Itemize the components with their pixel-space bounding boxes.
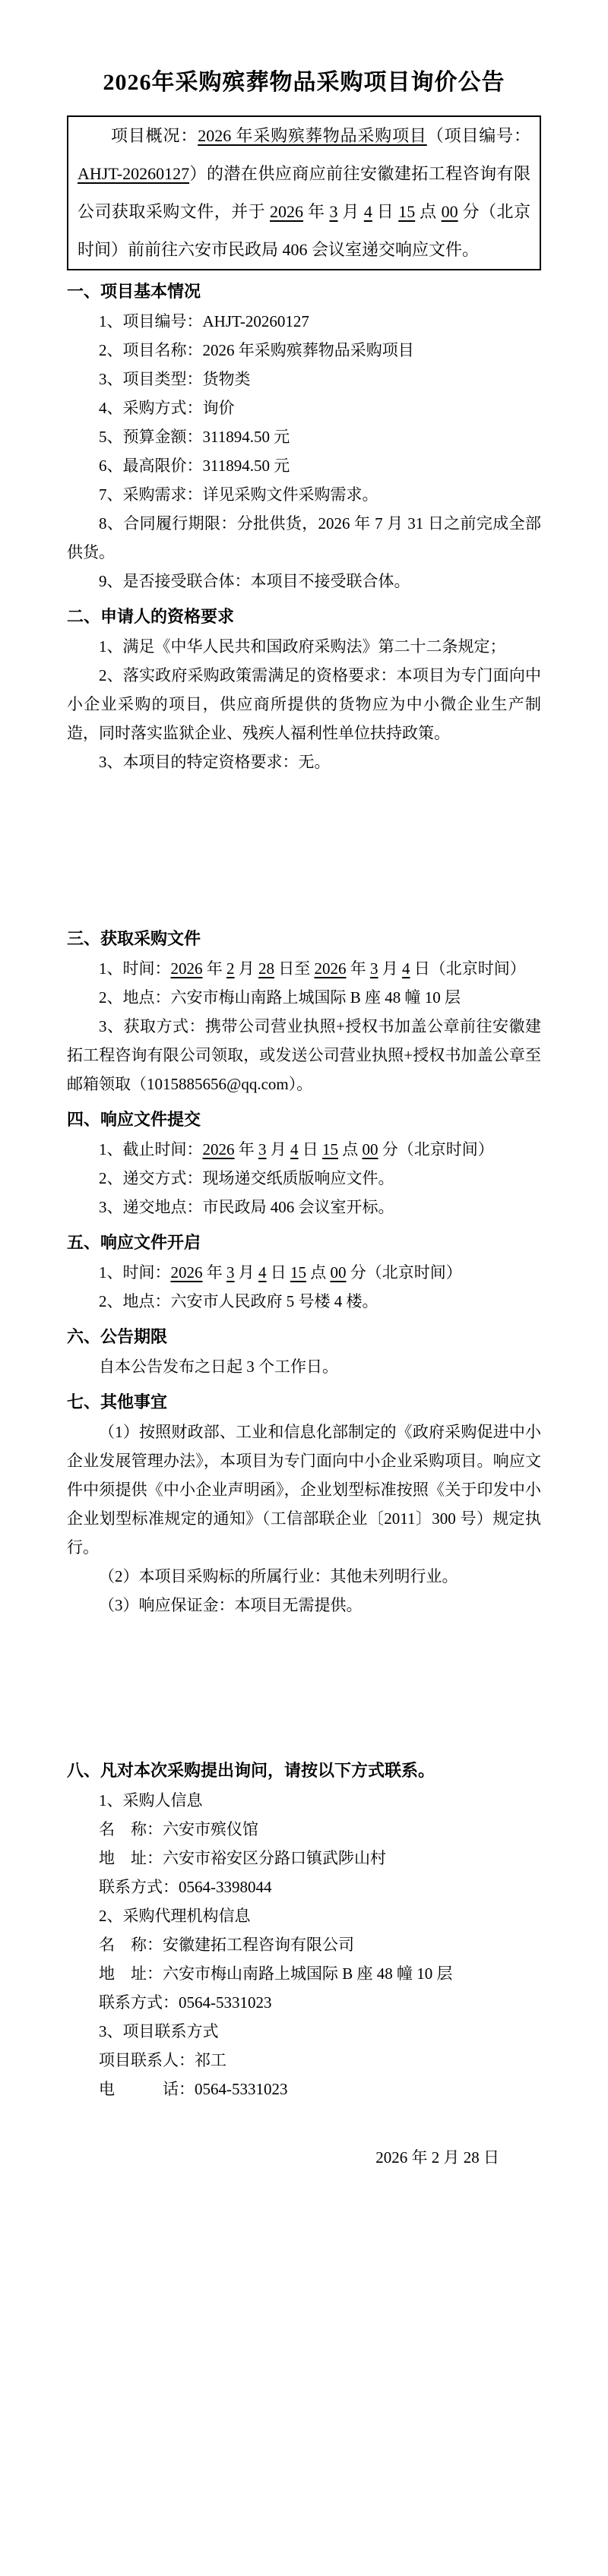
section-other-matters: 七、其他事宜 （1）按照财政部、工业和信息化部制定的《政府采购促进中小企业发展管… xyxy=(67,1390,541,1620)
section-submission-heading: 四、响应文件提交 xyxy=(67,1108,541,1132)
announcement-document: 2026年采购殡葬物品采购项目询价公告 项目概况：2026 年采购殡葬物品采购项… xyxy=(0,0,608,2576)
section-basic-info: 一、项目基本情况 1、项目编号：AHJT-20260127 2、项目名称：202… xyxy=(67,280,541,596)
section-applicant-qualification: 二、申请人的资格要求 1、满足《中华人民共和国政府采购法》第二十二条规定； 2、… xyxy=(67,605,541,776)
section-other-heading: 七、其他事宜 xyxy=(67,1390,541,1414)
item-submission-method: 2、递交方式：现场递交纸质版响应文件。 xyxy=(67,1164,541,1193)
page-break-spacer-2 xyxy=(67,1620,541,1749)
section-response-opening: 五、响应文件开启 1、时间：2026 年 3 月 4 日 15 点 00 分（北… xyxy=(67,1231,541,1316)
contact-purchaser-address: 地 址：六安市裕安区分路口镇武陟山村 xyxy=(67,1844,541,1873)
project-overview-box: 项目概况：2026 年采购殡葬物品采购项目（项目编号：AHJT-20260127… xyxy=(67,115,541,270)
contact-agency-address: 地 址：六安市梅山南路上城国际 B 座 48 幢 10 层 xyxy=(67,1959,541,1988)
item-consortium: 9、是否接受联合体：本项目不接受联合体。 xyxy=(67,567,541,596)
section-response-submission: 四、响应文件提交 1、截止时间：2026 年 3 月 4 日 15 点 00 分… xyxy=(67,1108,541,1222)
item-contract-period: 8、合同履行期限：分批供货，2026 年 7 月 31 日之前完成全部供货。 xyxy=(67,509,541,567)
item-project-name: 2、项目名称：2026 年采购殡葬物品采购项目 xyxy=(67,336,541,365)
contact-purchaser-phone: 联系方式：0564-3398044 xyxy=(67,1873,541,1901)
item-project-type: 3、项目类型：货物类 xyxy=(67,365,541,394)
item-obtain-time: 1、时间：2026 年 2 月 28 日至 2026 年 3 月 4 日（北京时… xyxy=(67,954,541,983)
section-obtain-documents: 三、获取采购文件 1、时间：2026 年 2 月 28 日至 2026 年 3 … xyxy=(67,927,541,1098)
item-period-body: 自本公告发布之日起 3 个工作日。 xyxy=(67,1352,541,1381)
section-contact-heading: 八、凡对本次采购提出询问，请按以下方式联系。 xyxy=(67,1759,541,1783)
announcement-date: 2026 年 2 月 28 日 xyxy=(67,2143,541,2172)
contact-agency-name: 名 称：安徽建拓工程咨询有限公司 xyxy=(67,1930,541,1959)
item-budget-amount: 5、预算金额：311894.50 元 xyxy=(67,422,541,451)
item-obtain-method: 3、获取方式：携带公司营业执照+授权书加盖公章前往安徽建拓工程咨询有限公司领取，… xyxy=(67,1012,541,1098)
section-opening-heading: 五、响应文件开启 xyxy=(67,1231,541,1255)
page-title: 2026年采购殡葬物品采购项目询价公告 xyxy=(67,67,541,99)
item-procurement-demand: 7、采购需求：详见采购文件采购需求。 xyxy=(67,480,541,509)
contact-purchaser-label: 1、采购人信息 xyxy=(67,1786,541,1815)
contact-project-phone: 电 话：0564-5331023 xyxy=(67,2075,541,2103)
item-qualification-law: 1、满足《中华人民共和国政府采购法》第二十二条规定； xyxy=(67,632,541,661)
section-contact: 八、凡对本次采购提出询问，请按以下方式联系。 1、采购人信息 名 称：六安市殡仪… xyxy=(67,1759,541,2103)
item-max-price: 6、最高限价：311894.50 元 xyxy=(67,451,541,480)
page-break-spacer-1 xyxy=(67,776,541,918)
item-other-deposit: （3）响应保证金：本项目无需提供。 xyxy=(67,1591,541,1620)
contact-project-label: 3、项目联系方式 xyxy=(67,2017,541,2046)
contact-agency-phone: 联系方式：0564-5331023 xyxy=(67,1988,541,2017)
section-basic-info-heading: 一、项目基本情况 xyxy=(67,280,541,304)
item-submission-deadline: 1、截止时间：2026 年 3 月 4 日 15 点 00 分（北京时间） xyxy=(67,1135,541,1164)
item-opening-location: 2、地点：六安市人民政府 5 号楼 4 楼。 xyxy=(67,1287,541,1316)
item-submission-location: 3、递交地点：市民政局 406 会议室开标。 xyxy=(67,1193,541,1222)
section-period-heading: 六、公告期限 xyxy=(67,1325,541,1349)
item-opening-time: 1、时间：2026 年 3 月 4 日 15 点 00 分（北京时间） xyxy=(67,1258,541,1287)
item-other-sme-policy: （1）按照财政部、工业和信息化部制定的《政府采购促进中小企业发展管理办法》，本项… xyxy=(67,1418,541,1562)
section-qualification-heading: 二、申请人的资格要求 xyxy=(67,605,541,629)
item-procurement-method: 4、采购方式：询价 xyxy=(67,394,541,422)
contact-purchaser-name: 名 称：六安市殡仪馆 xyxy=(67,1815,541,1844)
item-qualification-policy: 2、落实政府采购政策需满足的资格要求：本项目为专门面向中小企业采购的项目，供应商… xyxy=(67,661,541,748)
item-project-number: 1、项目编号：AHJT-20260127 xyxy=(67,307,541,336)
section-announcement-period: 六、公告期限 自本公告发布之日起 3 个工作日。 xyxy=(67,1325,541,1381)
contact-project-person: 项目联系人：祁工 xyxy=(67,2046,541,2075)
item-obtain-location: 2、地点：六安市梅山南路上城国际 B 座 48 幢 10 层 xyxy=(67,983,541,1012)
contact-agency-label: 2、采购代理机构信息 xyxy=(67,1901,541,1930)
item-qualification-specific: 3、本项目的特定资格要求：无。 xyxy=(67,748,541,776)
section-obtain-heading: 三、获取采购文件 xyxy=(67,927,541,951)
project-overview-text: 项目概况：2026 年采购殡葬物品采购项目（项目编号：AHJT-20260127… xyxy=(78,117,530,269)
item-other-industry: （2）本项目采购标的所属行业：其他未列明行业。 xyxy=(67,1562,541,1591)
